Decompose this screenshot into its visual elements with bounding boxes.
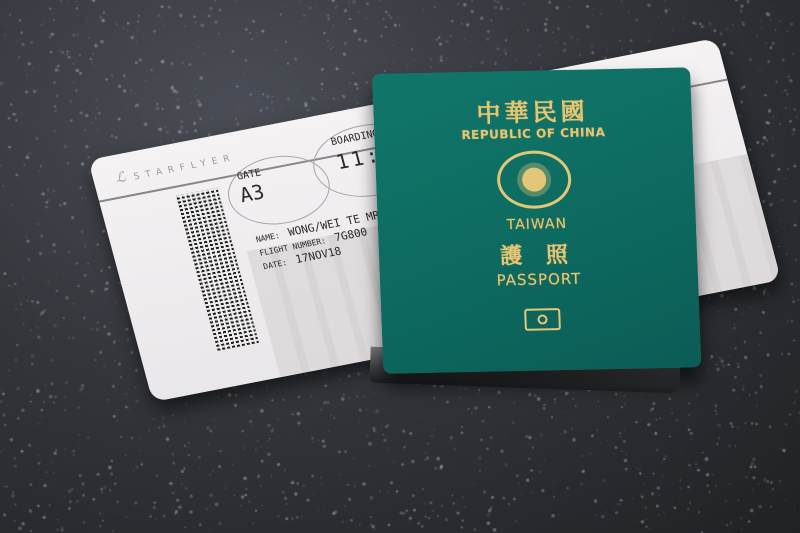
airline-logo: ℒSTARFLYER bbox=[114, 148, 237, 187]
starflyer-logo-icon: ℒ bbox=[114, 169, 128, 186]
biometric-chip-icon bbox=[524, 308, 561, 331]
white-sun-emblem-icon bbox=[496, 150, 572, 210]
passport: 中華民國 REPUBLIC OF CHINA TAIWAN 護 照 PASSPO… bbox=[372, 67, 701, 373]
country-name: TAIWAN bbox=[378, 213, 697, 236]
date-label: DATE: bbox=[262, 258, 288, 271]
